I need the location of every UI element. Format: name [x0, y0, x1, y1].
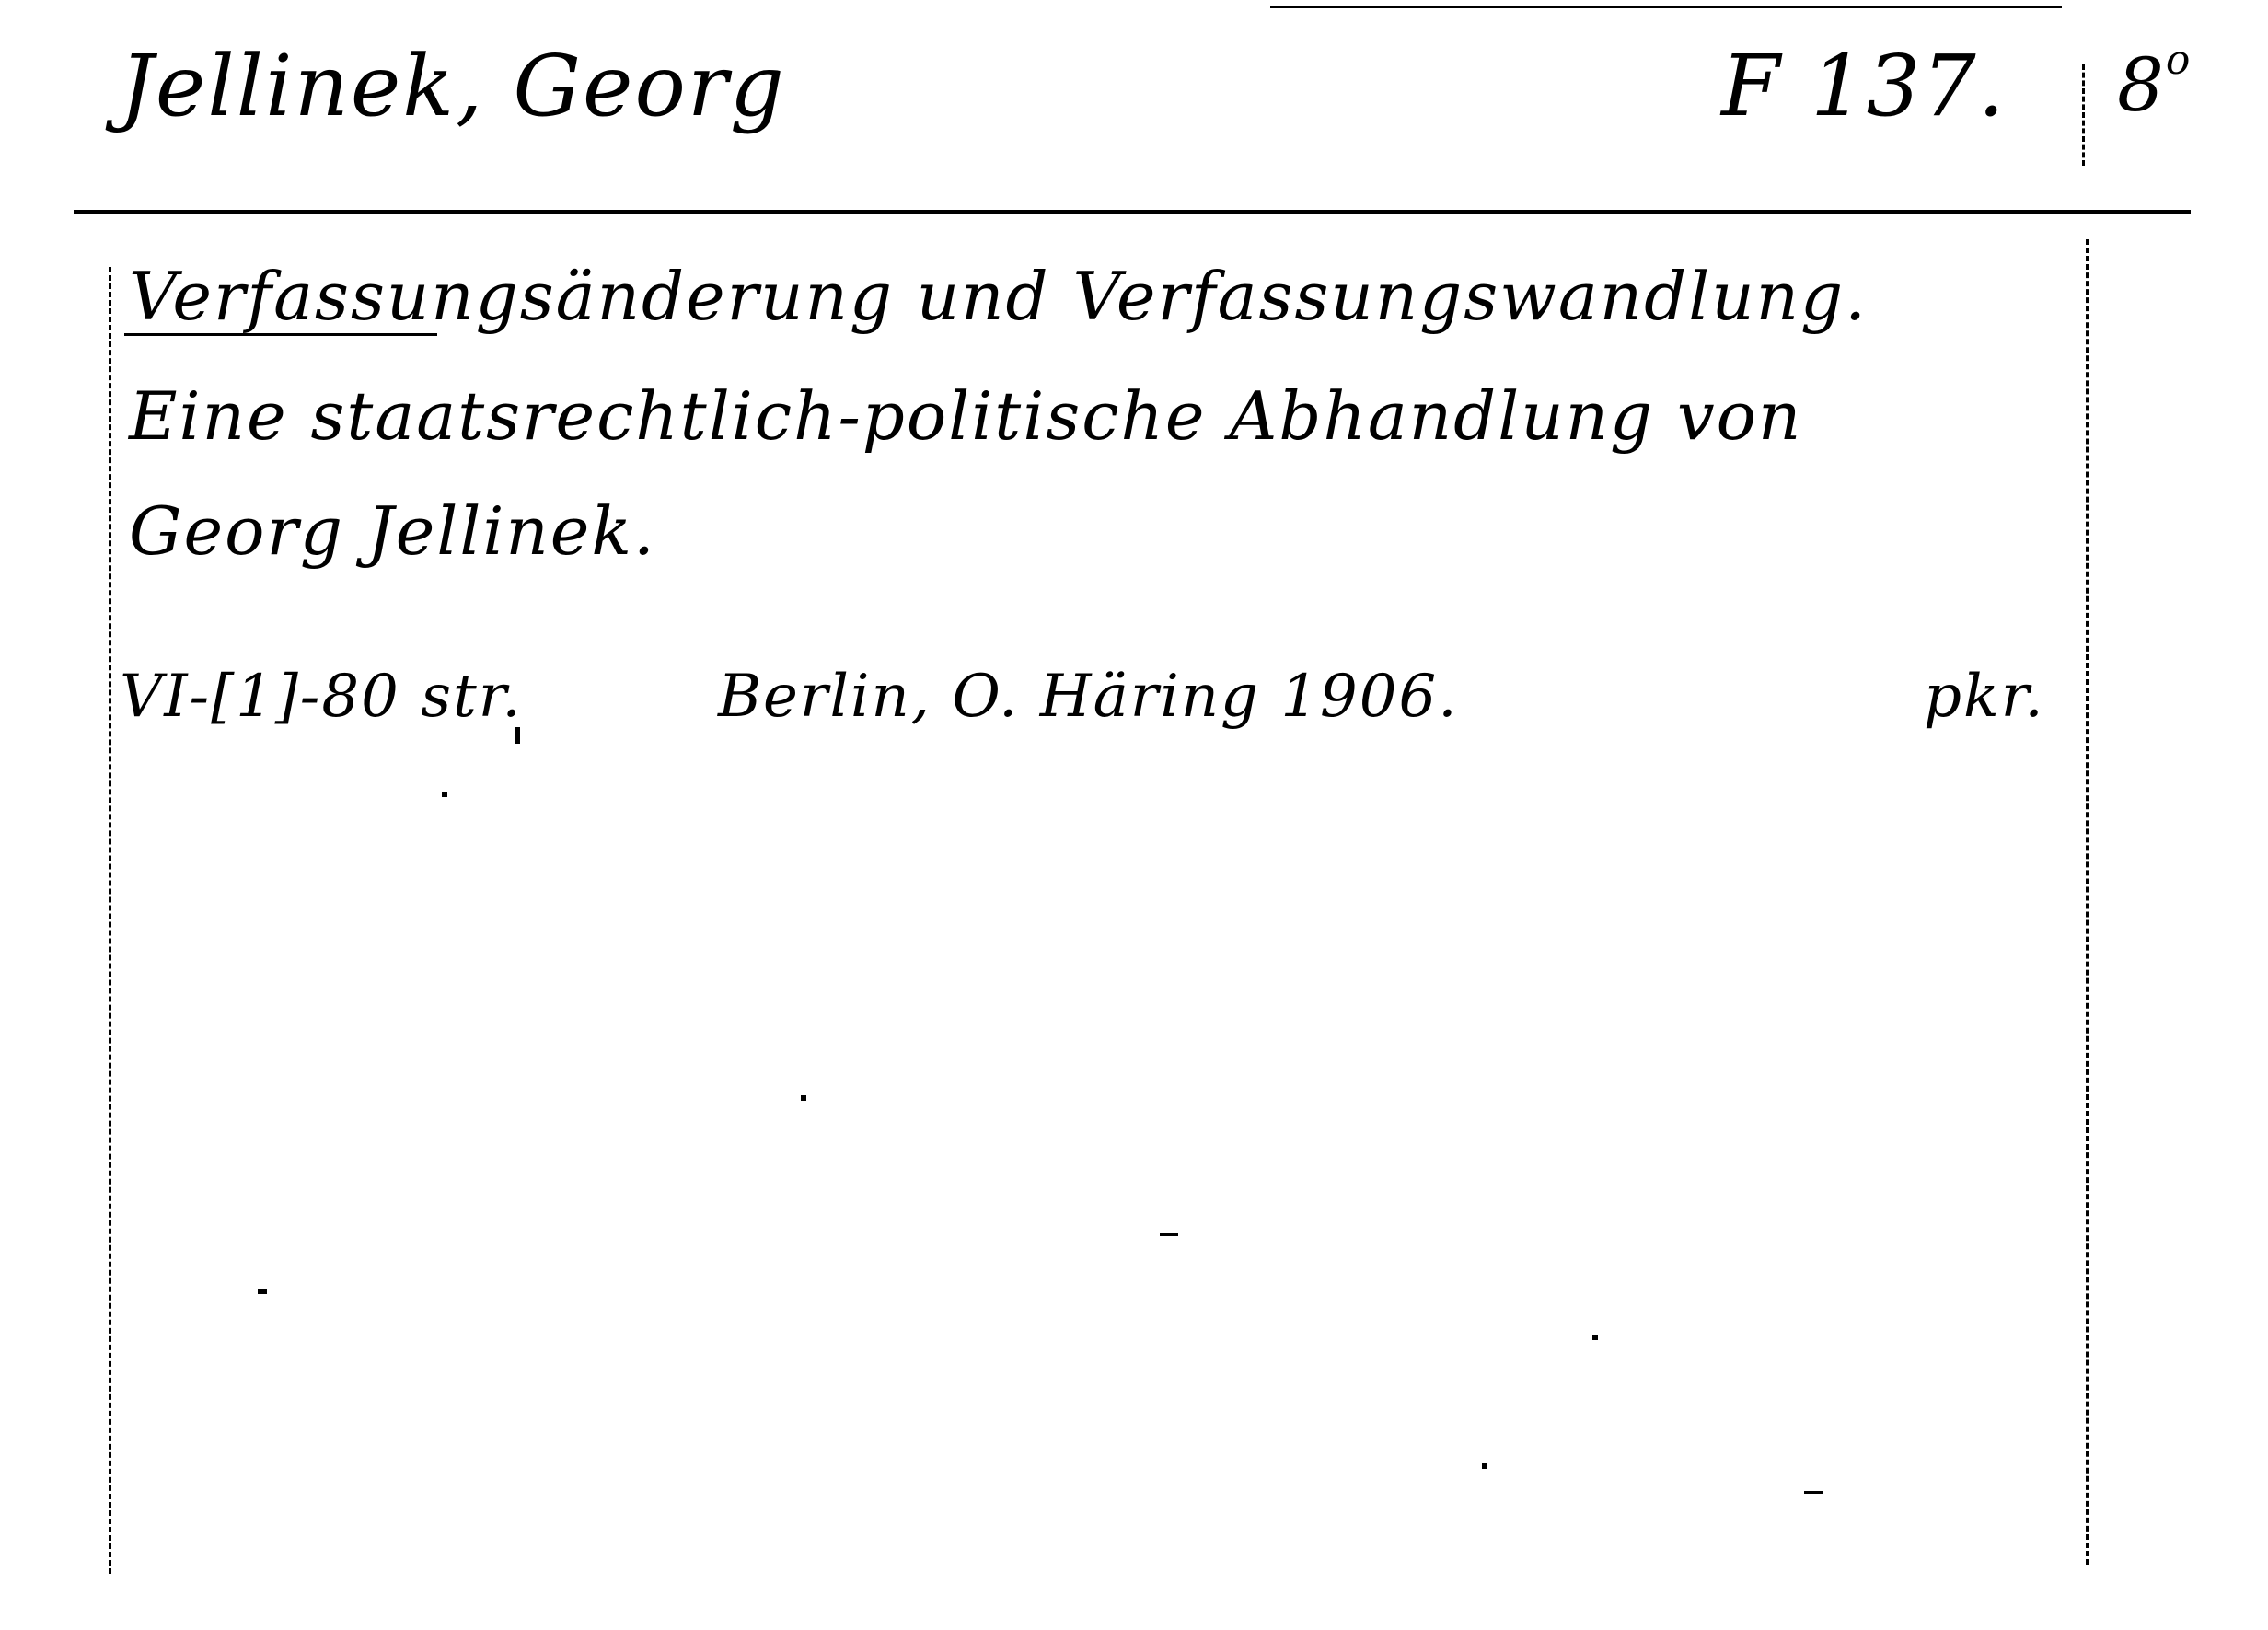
cataloger-initials: pkr. [1924, 663, 2045, 731]
scan-speck [801, 1095, 806, 1101]
right-margin-line [2086, 239, 2089, 1565]
left-margin-line [109, 267, 111, 1574]
title-underline [124, 333, 437, 336]
author-heading: Jellinek, Georg [120, 37, 786, 135]
call-number: F 137. [1721, 37, 2007, 135]
scan-speck [1482, 1463, 1487, 1469]
heading-divider-dashed-start [74, 210, 304, 214]
scan-speck [515, 727, 520, 744]
scan-speck [258, 1289, 267, 1294]
imprint: Berlin, O. Häring 1906. [718, 663, 1459, 731]
collation: VI-[1]-80 str. [120, 663, 523, 731]
top-edge-rule [1270, 6, 2062, 8]
scan-speck [1160, 1233, 1178, 1236]
format-value: 8 [2117, 42, 2166, 128]
scan-speck [1592, 1335, 1598, 1340]
format-superscript: o [2166, 37, 2193, 84]
call-number-separator [2082, 64, 2085, 166]
title-line-3: Georg Jellinek. [129, 492, 656, 570]
heading-divider [74, 210, 2191, 214]
title-line-1: Verfassungsänderung und Verfassungswandl… [129, 258, 1868, 335]
format-size: 8o [2117, 37, 2192, 128]
scan-speck [442, 792, 447, 797]
title-line-2: Eine staatsrechtlich-politische Abhandlu… [129, 377, 1802, 455]
scan-speck [1804, 1491, 1822, 1494]
